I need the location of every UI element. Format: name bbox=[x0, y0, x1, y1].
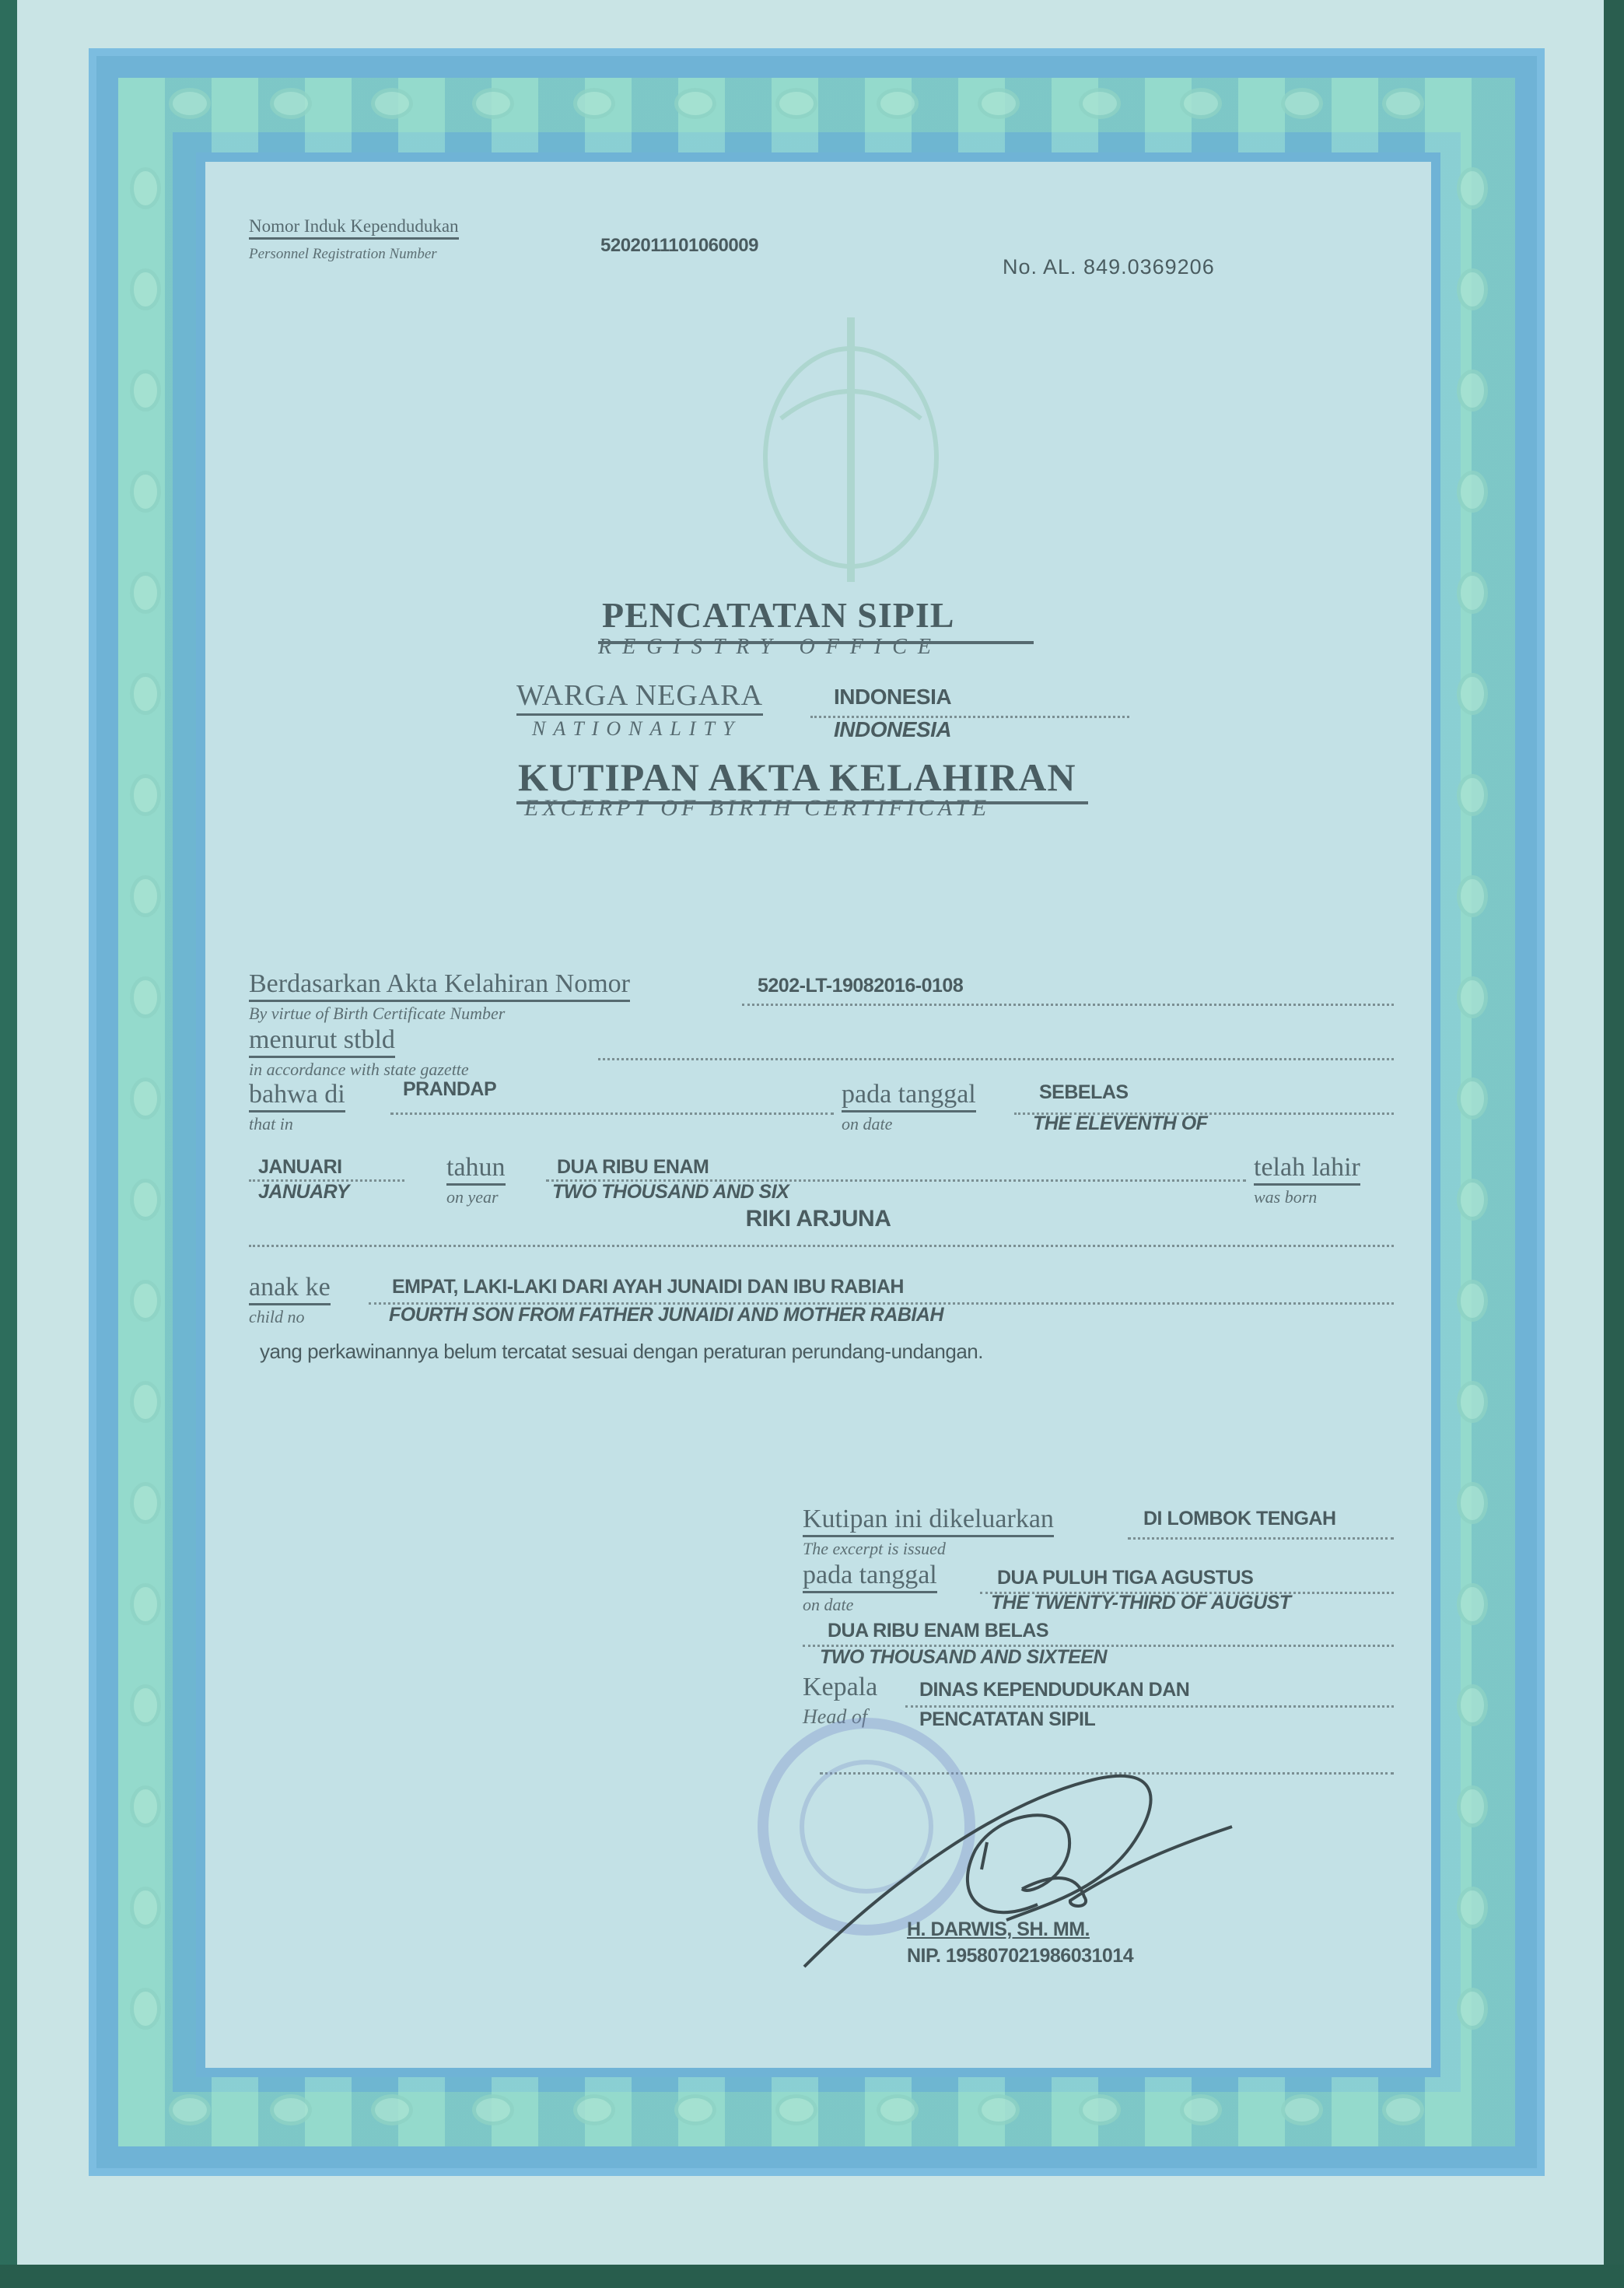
border-ornament bbox=[1461, 576, 1484, 610]
day-value: SEBELAS bbox=[1039, 1081, 1129, 1104]
border-ornament bbox=[1461, 171, 1484, 205]
dotted-line bbox=[249, 1179, 404, 1182]
border-ornament bbox=[134, 778, 157, 812]
border-ornament bbox=[779, 2098, 814, 2122]
border-ornament bbox=[1461, 1587, 1484, 1621]
year-label-en: on year bbox=[446, 1187, 499, 1207]
border-ornament bbox=[880, 2098, 915, 2122]
head-office-line1: DINAS KEPENDUDUKAN DAN bbox=[919, 1679, 1189, 1701]
serial-number: No. AL. 849.0369206 bbox=[1003, 255, 1215, 279]
issued-year: DUA RIBU ENAM BELAS bbox=[828, 1620, 1048, 1642]
dotted-line bbox=[249, 1245, 1394, 1247]
child-no-label-en: child no bbox=[249, 1307, 305, 1327]
dotted-line bbox=[598, 1058, 1394, 1060]
day-value-en: THE ELEVENTH OF bbox=[1033, 1112, 1207, 1135]
border-ornament bbox=[1461, 778, 1484, 812]
border-ornament bbox=[1461, 1081, 1484, 1116]
border-ornament bbox=[134, 879, 157, 913]
issued-date-label-en: on date bbox=[803, 1595, 853, 1615]
certificate-body: Nomor Induk Kependudukan Personnel Regis… bbox=[205, 162, 1431, 2068]
border-ornament bbox=[134, 171, 157, 205]
place-label-en: that in bbox=[249, 1114, 293, 1134]
border-ornament bbox=[173, 2098, 207, 2122]
border-ornament bbox=[1386, 2098, 1420, 2122]
border-ornament bbox=[173, 92, 207, 115]
office-title: PENCATATAN SIPIL bbox=[602, 594, 954, 636]
dotted-line bbox=[1128, 1537, 1394, 1540]
border-ornament bbox=[779, 92, 814, 115]
garuda-watermark-icon bbox=[750, 302, 952, 597]
nik-label-en: Personnel Registration Number bbox=[249, 246, 437, 263]
border-ornament bbox=[678, 92, 712, 115]
cert-number-label: Berdasarkan Akta Kelahiran Nomor bbox=[249, 969, 630, 1002]
border-ornament bbox=[134, 1890, 157, 1925]
certificate-paper: Nomor Induk Kependudukan Personnel Regis… bbox=[17, 0, 1604, 2265]
nik-value: 5202011101060009 bbox=[600, 235, 758, 257]
border-ornament bbox=[1285, 2098, 1319, 2122]
border-ornament bbox=[375, 92, 409, 115]
border-ornament bbox=[1461, 879, 1484, 913]
border-ornament bbox=[678, 2098, 712, 2122]
border-ornament bbox=[1461, 373, 1484, 408]
year-value: DUA RIBU ENAM bbox=[557, 1156, 709, 1179]
border-ornament bbox=[577, 92, 611, 115]
place-label: bahwa di bbox=[249, 1080, 345, 1112]
border-ornament bbox=[1461, 1890, 1484, 1925]
issued-date: DUA PULUH TIGA AGUSTUS bbox=[997, 1567, 1253, 1589]
border-ornament bbox=[1461, 1385, 1484, 1419]
border-ornament bbox=[274, 92, 308, 115]
border-ornament bbox=[134, 677, 157, 711]
stbld-label: menurut stbld bbox=[249, 1025, 395, 1058]
official-nip: NIP. 195807021986031014 bbox=[907, 1945, 1133, 1967]
border-ornament bbox=[134, 1081, 157, 1116]
border-ornament bbox=[476, 92, 510, 115]
head-office-line2: PENCATATAN SIPIL bbox=[919, 1708, 1095, 1731]
dotted-line bbox=[980, 1592, 1394, 1594]
border-ornament bbox=[1461, 1992, 1484, 2026]
child-no-label: anak ke bbox=[249, 1273, 331, 1305]
border-ornament bbox=[375, 2098, 409, 2122]
border-ornament bbox=[134, 272, 157, 307]
border-ornament bbox=[1461, 1789, 1484, 1824]
border-ornament bbox=[1461, 980, 1484, 1014]
document-title: KUTIPAN AKTA KELAHIRAN bbox=[518, 755, 1076, 800]
head-label: Kepala bbox=[803, 1673, 877, 1702]
border-ornament bbox=[1184, 92, 1218, 115]
border-ornament bbox=[1083, 2098, 1117, 2122]
folder-edge bbox=[0, 2265, 1624, 2288]
official-name: H. DARWIS, SH. MM. bbox=[907, 1918, 1090, 1941]
border-ornament bbox=[134, 576, 157, 610]
year-label: tahun bbox=[446, 1153, 506, 1186]
stbld-label-en: in accordance with state gazette bbox=[249, 1060, 469, 1080]
nationality-value-en: INDONESIA bbox=[834, 717, 951, 742]
border-ornament bbox=[134, 1992, 157, 2026]
nationality-value: INDONESIA bbox=[834, 685, 951, 710]
border-ornament bbox=[577, 2098, 611, 2122]
child-name: RIKI ARJUNA bbox=[205, 1206, 1431, 1232]
border-ornament bbox=[134, 475, 157, 509]
border-ornament bbox=[134, 1486, 157, 1520]
issued-date-label: pada tanggal bbox=[803, 1561, 937, 1593]
border-ornament bbox=[134, 1183, 157, 1217]
border-ornament bbox=[134, 1385, 157, 1419]
dotted-line bbox=[1014, 1112, 1394, 1115]
border-ornament bbox=[1083, 92, 1117, 115]
issued-year-en: TWO THOUSAND AND SIXTEEN bbox=[820, 1646, 1107, 1669]
marriage-note: yang perkawinannya belum tercatat sesuai… bbox=[260, 1340, 983, 1364]
border-ornament bbox=[1461, 1486, 1484, 1520]
issued-date-en: THE TWENTY-THIRD OF AUGUST bbox=[991, 1592, 1291, 1614]
dotted-line bbox=[905, 1705, 1394, 1708]
dotted-line bbox=[803, 1645, 1394, 1647]
border-ornament bbox=[1461, 1284, 1484, 1318]
dotted-line bbox=[742, 1004, 1394, 1006]
dotted-line bbox=[369, 1302, 1394, 1305]
border-ornament bbox=[134, 1789, 157, 1824]
date-label-en: on date bbox=[842, 1114, 892, 1134]
border-ornament bbox=[134, 1688, 157, 1722]
folder-edge bbox=[1604, 0, 1624, 2288]
border-ornament bbox=[1285, 92, 1319, 115]
child-no-value-en: FOURTH SON FROM FATHER JUNAIDI AND MOTHE… bbox=[389, 1304, 943, 1326]
issued-label: Kutipan ini dikeluarkan bbox=[803, 1505, 1054, 1537]
issued-place: DI LOMBOK TENGAH bbox=[1143, 1508, 1336, 1530]
border-ornament bbox=[982, 92, 1016, 115]
border-ornament bbox=[134, 1284, 157, 1318]
dotted-line bbox=[390, 1112, 834, 1115]
folder-edge bbox=[0, 0, 17, 2288]
border-ornament bbox=[134, 980, 157, 1014]
issued-label-en: The excerpt is issued bbox=[803, 1539, 946, 1559]
nationality-label: WARGA NEGARA bbox=[516, 678, 763, 716]
office-title-en: REGISTRY OFFICE bbox=[598, 635, 942, 660]
border-ornament bbox=[1386, 92, 1420, 115]
border-ornament bbox=[134, 373, 157, 408]
border-ornament bbox=[1461, 1688, 1484, 1722]
border-ornament bbox=[134, 1587, 157, 1621]
border-ornament bbox=[1461, 677, 1484, 711]
born-label-en: was born bbox=[1254, 1187, 1317, 1207]
border-ornament bbox=[476, 2098, 510, 2122]
place-value: PRANDAP bbox=[403, 1078, 496, 1101]
border-ornament bbox=[1461, 475, 1484, 509]
border-ornament bbox=[880, 92, 915, 115]
dotted-line bbox=[546, 1179, 1246, 1182]
document-title-en: EXCERPT OF BIRTH CERTIFICATE bbox=[524, 795, 990, 822]
year-value-en: TWO THOUSAND AND SIX bbox=[552, 1181, 789, 1204]
cert-number-value: 5202-LT-19082016-0108 bbox=[758, 975, 963, 997]
border-ornament bbox=[1184, 2098, 1218, 2122]
nationality-label-en: NATIONALITY bbox=[532, 717, 741, 741]
nik-label: Nomor Induk Kependudukan bbox=[249, 216, 459, 240]
border-ornament bbox=[1461, 1183, 1484, 1217]
born-label: telah lahir bbox=[1254, 1153, 1360, 1186]
cert-number-label-en: By virtue of Birth Certificate Number bbox=[249, 1004, 505, 1024]
border-ornament bbox=[982, 2098, 1016, 2122]
border-ornament bbox=[274, 2098, 308, 2122]
month-value: JANUARI bbox=[258, 1156, 342, 1179]
date-label: pada tanggal bbox=[842, 1080, 976, 1112]
border-ornament bbox=[1461, 272, 1484, 307]
child-no-value: EMPAT, LAKI-LAKI DARI AYAH JUNAIDI DAN I… bbox=[392, 1276, 904, 1298]
month-value-en: JANUARY bbox=[258, 1181, 349, 1204]
